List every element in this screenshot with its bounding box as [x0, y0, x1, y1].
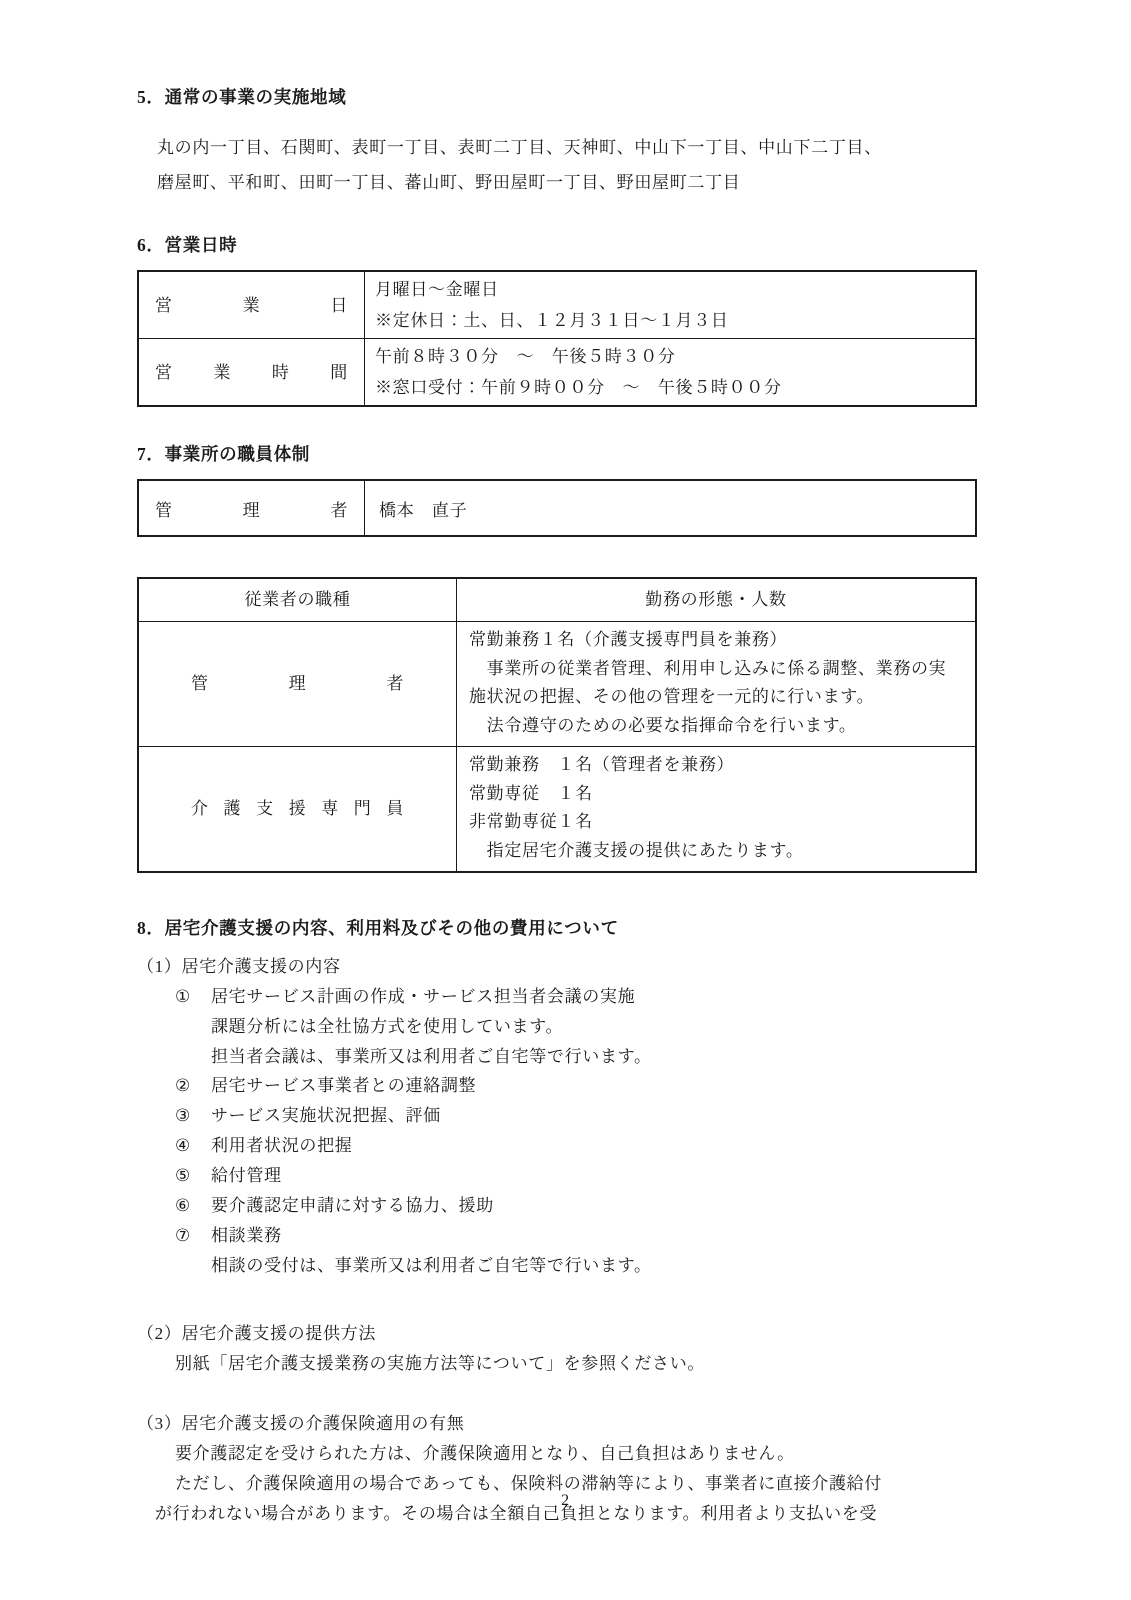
- circled-number: ⑤: [175, 1161, 211, 1191]
- business-time-value: 午前８時３０分 ～ 午後５時３０分 ※窓口受付：午前９時００分 ～ 午後５時００…: [365, 339, 977, 407]
- list-item: ⑦ 相談業務: [175, 1221, 976, 1251]
- section-8-heading: 8．居宅介護支援の内容、利用料及びその他の費用について: [137, 917, 976, 939]
- sub3-block: （3）居宅介護支援の介護保険適用の有無 要介護認定を受けられた方は、介護保険適用…: [137, 1409, 976, 1529]
- sub3-line-1: 要介護認定を受けられた方は、介護保険適用となり、自己負担はありません。: [175, 1439, 976, 1469]
- staff-table: 従業者の職種 勤務の形態・人数 管理者 常勤兼務１名（介護支援専門員を兼務） 事…: [137, 577, 977, 873]
- business-hours-table: 営業日 月曜日～金曜日 ※定休日：土、日、１２月３１日～１月３日 営業時間 午前…: [137, 270, 977, 407]
- list-item: ③ サービス実施状況把握、評価: [175, 1101, 976, 1131]
- section-5: 5．通常の事業の実施地域 丸の内一丁目、石関町、表町一丁目、表町二丁目、天神町、…: [137, 86, 976, 200]
- section-6: 6．営業日時 営業日 月曜日～金曜日 ※定休日：土、日、１２月３１日～１月３日 …: [137, 234, 976, 407]
- staff-row-manager-detail: 常勤兼務１名（介護支援専門員を兼務） 事業所の従業者管理、利用申し込みに係る調整…: [457, 622, 977, 747]
- list-item: ⑥ 要介護認定申請に対する協力、援助: [175, 1191, 976, 1221]
- staff-type-header: 従業者の職種: [138, 578, 457, 622]
- table-row: 営業日 月曜日～金曜日 ※定休日：土、日、１２月３１日～１月３日: [138, 271, 976, 339]
- section-7: 7．事業所の職員体制 管理者 橋本 直子 従業者の職種 勤務の形態・人数 管理者…: [137, 443, 976, 873]
- document-page: 5．通常の事業の実施地域 丸の内一丁目、石関町、表町一丁目、表町二丁目、天神町、…: [0, 0, 1131, 1600]
- circled-number: ⑥: [175, 1191, 211, 1221]
- manager-label: 管理者: [138, 480, 365, 536]
- business-day-value: 月曜日～金曜日 ※定休日：土、日、１２月３１日～１月３日: [365, 271, 977, 339]
- list-item: ④ 利用者状況の把握: [175, 1131, 976, 1161]
- list-item: ⑤ 給付管理: [175, 1161, 976, 1191]
- staff-row-caremanager-detail: 常勤兼務 １名（管理者を兼務） 常勤専従 １名 非常勤専従１名 指定居宅介護支援…: [457, 747, 977, 873]
- business-time-label: 営業時間: [138, 339, 365, 407]
- circled-number: ④: [175, 1131, 211, 1161]
- service-area-line-1: 丸の内一丁目、石関町、表町一丁目、表町二丁目、天神町、中山下一丁目、中山下二丁目…: [157, 130, 976, 165]
- circled-number: ②: [175, 1071, 211, 1101]
- sub3-heading: （3）居宅介護支援の介護保険適用の有無: [137, 1409, 976, 1439]
- section-5-body: 丸の内一丁目、石関町、表町一丁目、表町二丁目、天神町、中山下一丁目、中山下二丁目…: [157, 130, 976, 200]
- table-row: 管理者 橋本 直子: [138, 480, 976, 536]
- table-header-row: 従業者の職種 勤務の形態・人数: [138, 578, 976, 622]
- list-item-subline: 課題分析には全社協方式を使用しています。: [211, 1012, 976, 1042]
- circled-number: ⑦: [175, 1221, 211, 1251]
- list-item: ① 居宅サービス計画の作成・サービス担当者会議の実施: [175, 982, 976, 1012]
- staff-row-caremanager-label: 介護支援専門員: [138, 747, 457, 873]
- sub1-heading: （1）居宅介護支援の内容: [137, 952, 976, 982]
- section-5-heading: 5．通常の事業の実施地域: [137, 86, 976, 108]
- list-item-subline: 担当者会議は、事業所又は利用者ご自宅等で行います。: [211, 1042, 976, 1072]
- service-content-list: ① 居宅サービス計画の作成・サービス担当者会議の実施 課題分析には全社協方式を使…: [175, 982, 976, 1281]
- circled-number: ①: [175, 982, 211, 1012]
- section-7-heading: 7．事業所の職員体制: [137, 443, 976, 465]
- page-number: 2: [0, 1492, 1131, 1510]
- circled-number: ③: [175, 1101, 211, 1131]
- table-row: 営業時間 午前８時３０分 ～ 午後５時３０分 ※窓口受付：午前９時００分 ～ 午…: [138, 339, 976, 407]
- table-row: 介護支援専門員 常勤兼務 １名（管理者を兼務） 常勤専従 １名 非常勤専従１名 …: [138, 747, 976, 873]
- sub2-block: （2）居宅介護支援の提供方法 別紙「居宅介護支援業務の実施方法等について」を参照…: [137, 1319, 976, 1379]
- staff-row-manager-label: 管理者: [138, 622, 457, 747]
- work-form-header: 勤務の形態・人数: [457, 578, 977, 622]
- service-area-line-2: 磨屋町、平和町、田町一丁目、蕃山町、野田屋町一丁目、野田屋町二丁目: [157, 165, 976, 200]
- table-row: 管理者 常勤兼務１名（介護支援専門員を兼務） 事業所の従業者管理、利用申し込みに…: [138, 622, 976, 747]
- business-day-label: 営業日: [138, 271, 365, 339]
- section-6-heading: 6．営業日時: [137, 234, 976, 256]
- manager-table: 管理者 橋本 直子: [137, 479, 977, 537]
- manager-name: 橋本 直子: [365, 480, 977, 536]
- list-item-subline: 相談の受付は、事業所又は利用者ご自宅等で行います。: [211, 1251, 976, 1281]
- sub2-heading: （2）居宅介護支援の提供方法: [137, 1319, 976, 1349]
- section-8: 8．居宅介護支援の内容、利用料及びその他の費用について （1）居宅介護支援の内容…: [137, 917, 976, 1529]
- sub2-body: 別紙「居宅介護支援業務の実施方法等について」を参照ください。: [175, 1349, 976, 1379]
- list-item: ② 居宅サービス事業者との連絡調整: [175, 1071, 976, 1101]
